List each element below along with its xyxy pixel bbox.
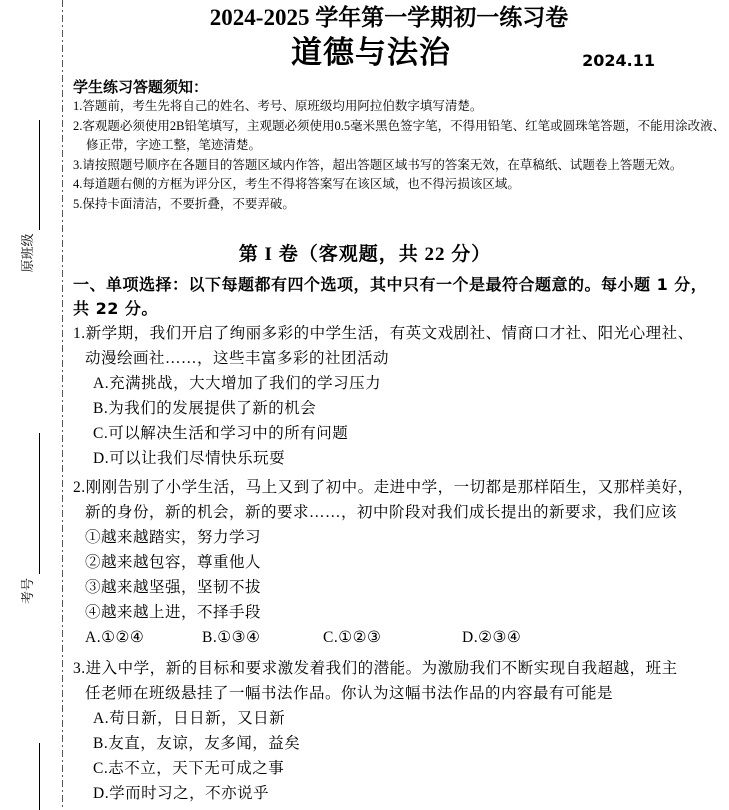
section-intro-line-2: 共 22 分。 <box>73 297 705 321</box>
binding-dashed-cut-line <box>62 0 63 810</box>
question-2-item-4: ④越来越上进，不择手段 <box>73 600 705 625</box>
question-2-choice-d: D.②③④ <box>462 625 521 650</box>
question-1-option-d: D.可以让我们尽情快乐玩耍 <box>73 446 705 471</box>
question-3-option-b: B.友直，友谅，友多闻，益矣 <box>73 731 705 756</box>
question-1-stem-line-1: 1.新学期，我们开启了绚丽多彩的中学生活，有英文戏剧社、情商口才社、阳光心理社、 <box>73 321 705 346</box>
notice-list: 1.答题前，考生先将自己的姓名、考号、原班级均用阿拉伯数字填写清楚。 2.客观题… <box>73 97 705 215</box>
question-2-item-1: ①越来越踏实，努力学习 <box>73 525 705 550</box>
page-title: 2024-2025 学年第一学期初一练习卷 <box>73 0 705 32</box>
question-1-option-b: B.为我们的发展提供了新的机会 <box>73 396 705 421</box>
question-2-choice-a: A.①②④ <box>85 625 202 650</box>
question-2-choice-c: C.①②③ <box>323 625 462 650</box>
notice-item-2-continuation: 修正带，字迹工整，笔迹清楚。 <box>73 136 705 156</box>
subject-row: 道德与法治 2024.11 <box>73 34 705 73</box>
binding-blank-line-top <box>39 120 40 230</box>
notice-heading: 学生练习答题须知： <box>73 78 705 97</box>
question-2-choice-b: B.①③④ <box>202 625 323 650</box>
section-intro-line-1: 一、单项选择：以下每题都有四个选项，其中只有一个是最符合题意的。每小题 1 分， <box>73 273 705 297</box>
section-intro: 一、单项选择：以下每题都有四个选项，其中只有一个是最符合题意的。每小题 1 分，… <box>73 273 705 321</box>
question-2: 2.刚刚告别了小学生活，马上又到了初中。走进中学，一切都是那样陌生，又那样美好，… <box>73 475 705 650</box>
notice-item-4: 4.每道题右侧的方框为评分区，考生不得将答案写在该区域，也不得污损该区域。 <box>73 175 705 195</box>
question-2-item-2: ②越来越包容，尊重他人 <box>73 550 705 575</box>
question-1-stem-line-2: 动漫绘画社……，这些丰富多彩的社团活动 <box>73 346 705 371</box>
notice-item-3: 3.请按照题号顺序在各题目的答题区域内作答，超出答题区域书写的答案无效，在草稿纸… <box>73 156 705 176</box>
question-2-stem-line-1: 2.刚刚告别了小学生活，马上又到了初中。走进中学，一切都是那样陌生，又那样美好， <box>73 475 705 500</box>
notice-item-2: 2.客观题必须使用2B铅笔填写，主观题必须使用0.5毫米黑色签字笔，不得用铅笔、… <box>73 117 705 137</box>
binding-blank-line-middle <box>39 433 40 574</box>
class-label-vertical: 原班级 <box>21 227 35 279</box>
subject-title: 道德与法治 <box>291 35 451 71</box>
question-2-stem-line-2: 新的身份，新的机会，新的要求……，初中阶段对我们成长提出的新要求，我们应该 <box>73 500 705 525</box>
notice-item-1: 1.答题前，考生先将自己的姓名、考号、原班级均用阿拉伯数字填写清楚。 <box>73 97 705 117</box>
question-3: 3.进入中学，新的目标和要求激发着我们的潜能。为激励我们不断实现自我超越，班主 … <box>73 656 705 806</box>
question-3-option-a: A.苟日新，日日新，又日新 <box>73 706 705 731</box>
exam-date: 2024.11 <box>582 51 655 70</box>
notice-item-5: 5.保持卡面清洁，不要折叠，不要弄破。 <box>73 195 705 215</box>
question-1-option-c: C.可以解决生活和学习中的所有问题 <box>73 421 705 446</box>
question-1: 1.新学期，我们开启了绚丽多彩的中学生活，有英文戏剧社、情商口才社、阳光心理社、… <box>73 321 705 471</box>
binding-blank-line-bottom <box>39 743 40 810</box>
exam-number-label-vertical: 考号 <box>21 573 35 609</box>
exam-paper-page: 原班级 考号 2024-2025 学年第一学期初一练习卷 道德与法治 2024.… <box>0 0 729 810</box>
question-1-option-a: A.充满挑战，大大增加了我们的学习压力 <box>73 371 705 396</box>
section-heading-text: 第 I 卷（客观题，共 22 分） <box>239 244 491 265</box>
question-3-stem-line-2: 任老师在班级悬挂了一幅书法作品。你认为这幅书法作品的内容最有可能是 <box>73 681 705 706</box>
question-3-stem-line-1: 3.进入中学，新的目标和要求激发着我们的潜能。为激励我们不断实现自我超越，班主 <box>73 656 705 681</box>
section-heading: 第 I 卷（客观题，共 22 分） <box>73 242 705 267</box>
question-3-option-c: C.志不立，天下无可成之事 <box>73 756 705 781</box>
paper-content: 2024-2025 学年第一学期初一练习卷 道德与法治 2024.11 学生练习… <box>73 0 705 806</box>
question-2-item-3: ③越来越坚强，坚韧不拔 <box>73 575 705 600</box>
question-2-choice-row: A.①②④B.①③④C.①②③D.②③④ <box>73 625 705 650</box>
question-3-option-d: D.学而时习之，不亦说乎 <box>73 781 705 806</box>
